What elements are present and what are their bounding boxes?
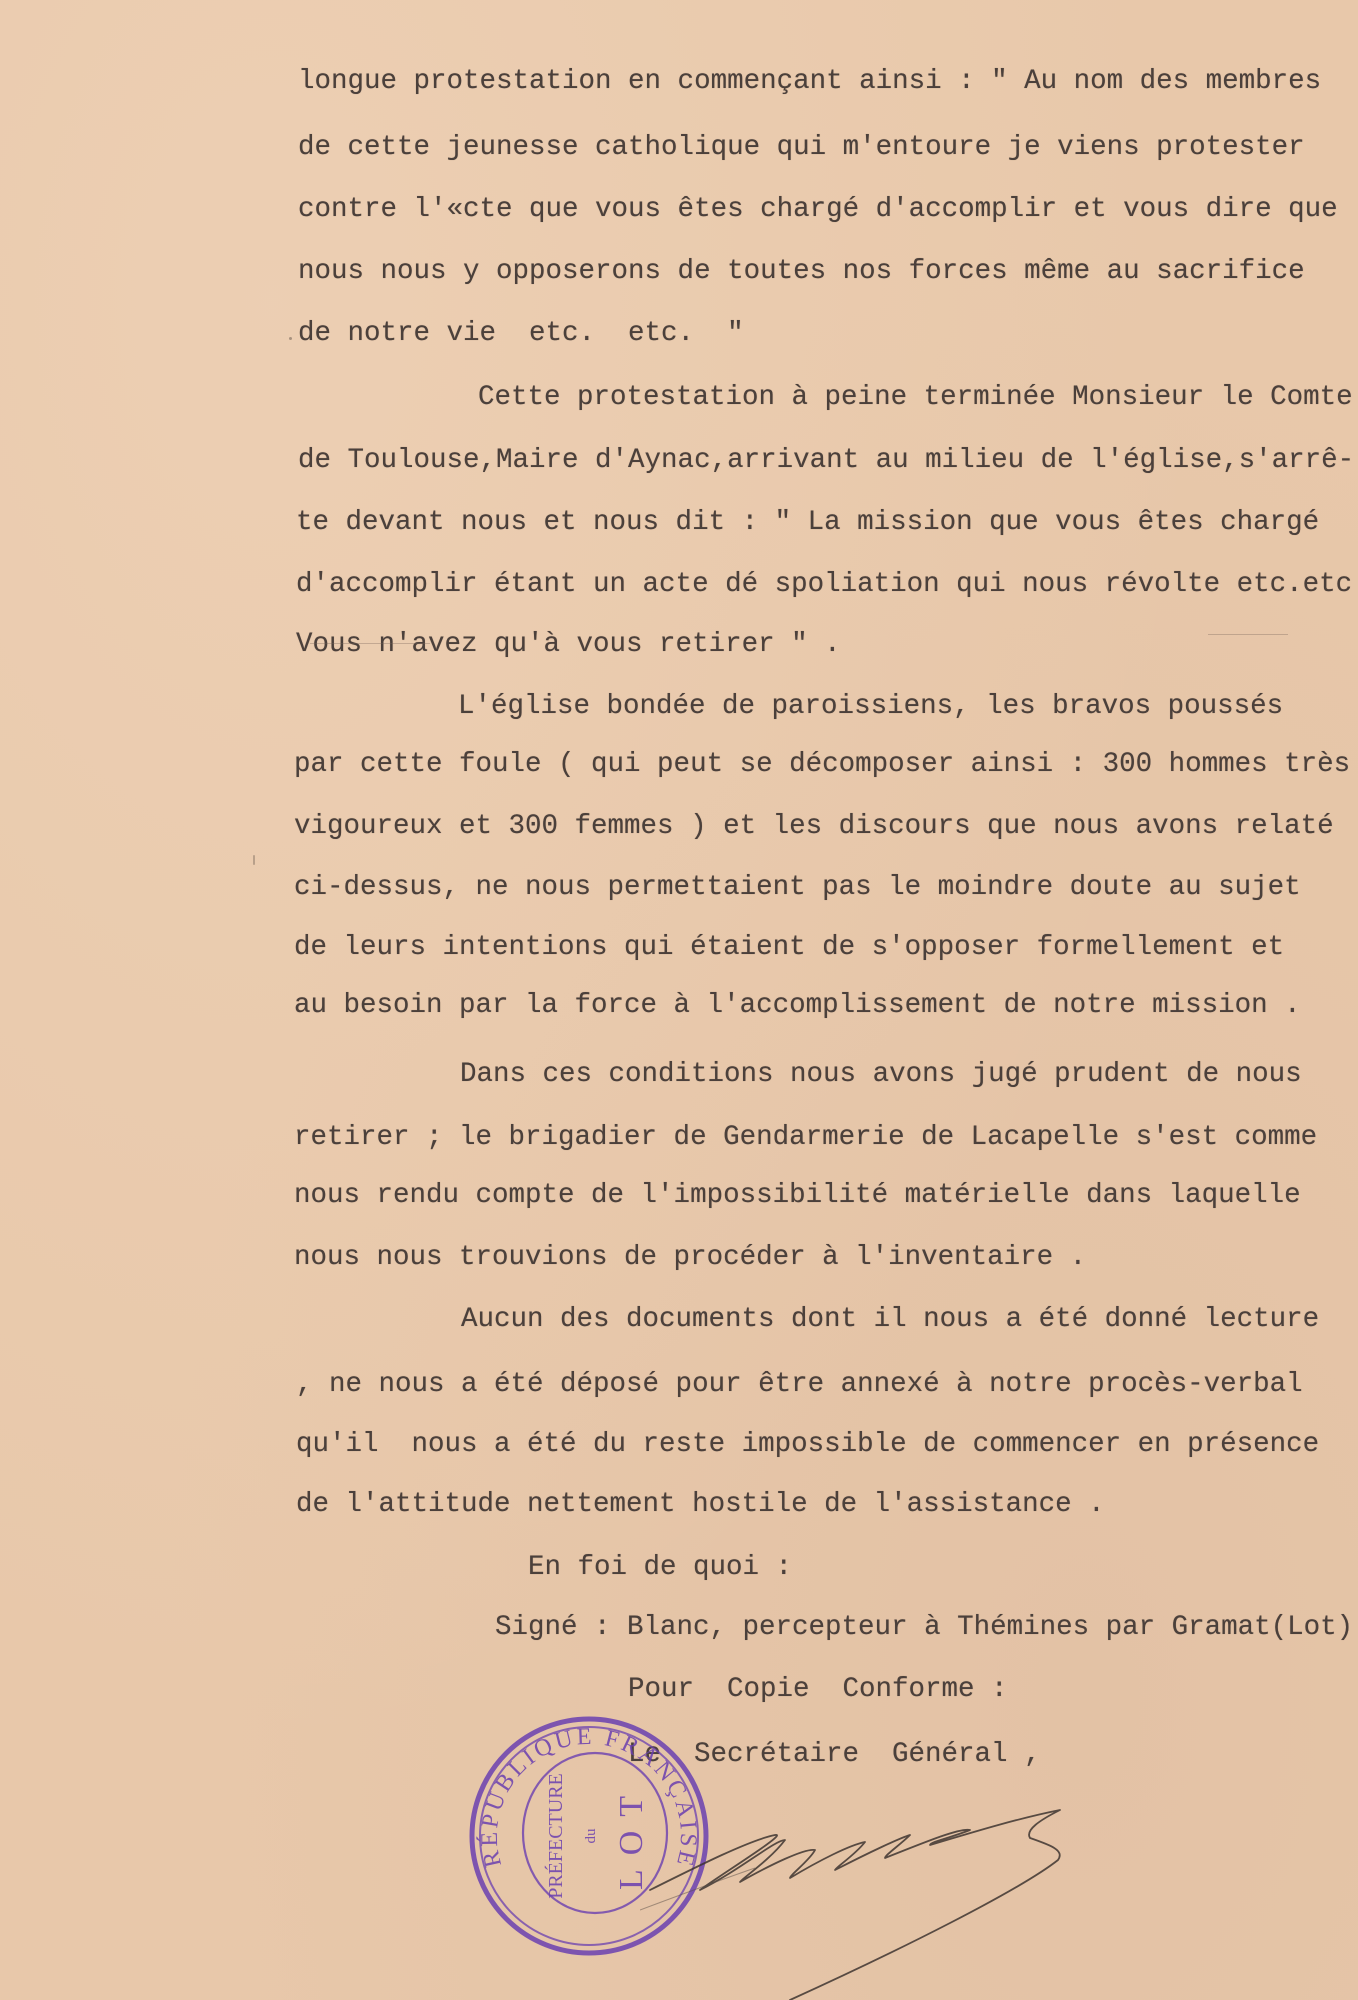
text-line: nous nous y opposerons de toutes nos for… bbox=[298, 257, 1305, 287]
text-line: de notre vie etc. etc. " bbox=[298, 319, 744, 349]
paper-mark bbox=[1208, 634, 1288, 635]
text-line: de l'attitude nettement hostile de l'ass… bbox=[296, 1490, 1105, 1520]
text-line: ci-dessus, ne nous permettaient pas le m… bbox=[294, 873, 1301, 903]
paper-speck bbox=[289, 337, 292, 340]
text-line: Vous n'avez qu'à vous retirer " . bbox=[296, 630, 841, 660]
text-line: retirer ; le brigadier de Gendarmerie de… bbox=[294, 1123, 1317, 1153]
closing-signe-line: Signé : Blanc, percepteur à Thémines par… bbox=[495, 1613, 1353, 1643]
closing-copie-conforme: Pour Copie Conforme : bbox=[628, 1675, 1008, 1705]
text-line: de leurs intentions qui étaient de s'opp… bbox=[294, 933, 1284, 963]
text-line: par cette foule ( qui peut se décomposer… bbox=[294, 750, 1350, 780]
text-line: qu'il nous a été du reste impossible de … bbox=[296, 1430, 1319, 1460]
text-line: te devant nous et nous dit : " La missio… bbox=[296, 508, 1319, 538]
paper-speck bbox=[253, 855, 255, 865]
text-line: de Toulouse,Maire d'Aynac,arrivant au mi… bbox=[298, 446, 1354, 476]
text-line: longue protestation en commençant ainsi … bbox=[298, 67, 1321, 97]
svg-text:du: du bbox=[583, 1828, 599, 1844]
text-line: de cette jeunesse catholique qui m'entou… bbox=[298, 133, 1305, 163]
paragraph-start-line: Aucun des documents dont il nous a été d… bbox=[461, 1305, 1319, 1335]
text-line: nous rendu compte de l'impossibilité mat… bbox=[294, 1181, 1301, 1211]
paragraph-start-line: L'église bondée de paroissiens, les brav… bbox=[458, 692, 1283, 722]
paper-mark bbox=[310, 643, 430, 644]
text-line: au besoin par la force à l'accomplisseme… bbox=[294, 991, 1301, 1021]
paragraph-start-line: Cette protestation à peine terminée Mons… bbox=[478, 383, 1353, 413]
text-line: , ne nous a été déposé pour être annexé … bbox=[296, 1370, 1303, 1400]
text-line: contre l'«cte que vous êtes chargé d'acc… bbox=[298, 195, 1338, 225]
handwritten-signature bbox=[640, 1780, 1180, 2000]
text-line: nous nous trouvions de procéder à l'inve… bbox=[294, 1243, 1086, 1273]
document-page: longue protestation en commençant ainsi … bbox=[0, 0, 1358, 2000]
text-line: d'accomplir étant un acte dé spoliation … bbox=[296, 570, 1352, 600]
svg-text:PRÉFECTURE: PRÉFECTURE bbox=[544, 1773, 567, 1899]
stamp-inner-text: PRÉFECTURE du LOT bbox=[544, 1773, 650, 1899]
text-line: vigoureux et 300 femmes ) et les discour… bbox=[294, 812, 1334, 842]
closing-en-foi-de-quoi: En foi de quoi : bbox=[528, 1553, 792, 1583]
paragraph-start-line: Dans ces conditions nous avons jugé prud… bbox=[460, 1060, 1302, 1090]
